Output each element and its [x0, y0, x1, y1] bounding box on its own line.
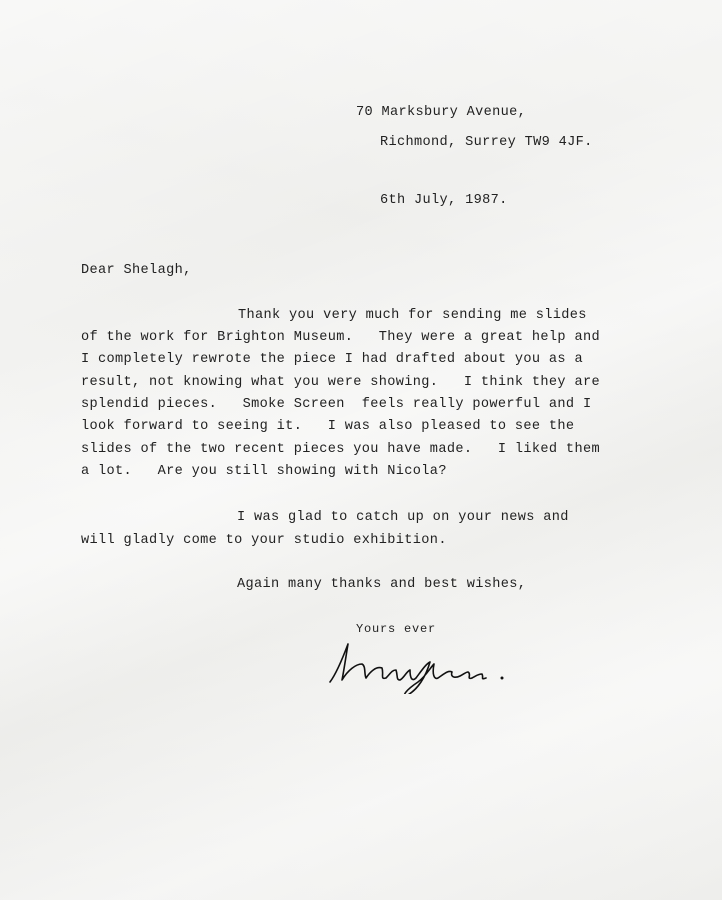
- signature-icon: [326, 634, 516, 694]
- paragraph1-line: look forward to seeing it. I was also pl…: [81, 420, 574, 434]
- closing-line: Again many thanks and best wishes,: [237, 578, 526, 592]
- paragraph2-line: will gladly come to your studio exhibiti…: [81, 534, 447, 548]
- paragraph2-line: I was glad to catch up on your news and: [237, 511, 569, 525]
- address-line-1: 70 Marksbury Avenue,: [356, 106, 526, 120]
- paragraph1-line: a lot. Are you still showing with Nicola…: [81, 465, 447, 479]
- paragraph1-line: splendid pieces. Smoke Screen feels real…: [81, 398, 591, 412]
- address-line-2: Richmond, Surrey TW9 4JF.: [380, 136, 593, 150]
- paragraph1-line: Thank you very much for sending me slide…: [238, 309, 587, 323]
- letter-page: 70 Marksbury Avenue, Richmond, Surrey TW…: [0, 0, 722, 900]
- letter-date: 6th July, 1987.: [380, 194, 508, 208]
- salutation: Dear Shelagh,: [81, 264, 192, 278]
- paragraph1-line: of the work for Brighton Museum. They we…: [81, 331, 600, 345]
- paragraph1-line: slides of the two recent pieces you have…: [81, 443, 600, 457]
- paragraph1-line: result, not knowing what you were showin…: [81, 376, 600, 390]
- paragraph1-line: I completely rewrote the piece I had dra…: [81, 353, 583, 367]
